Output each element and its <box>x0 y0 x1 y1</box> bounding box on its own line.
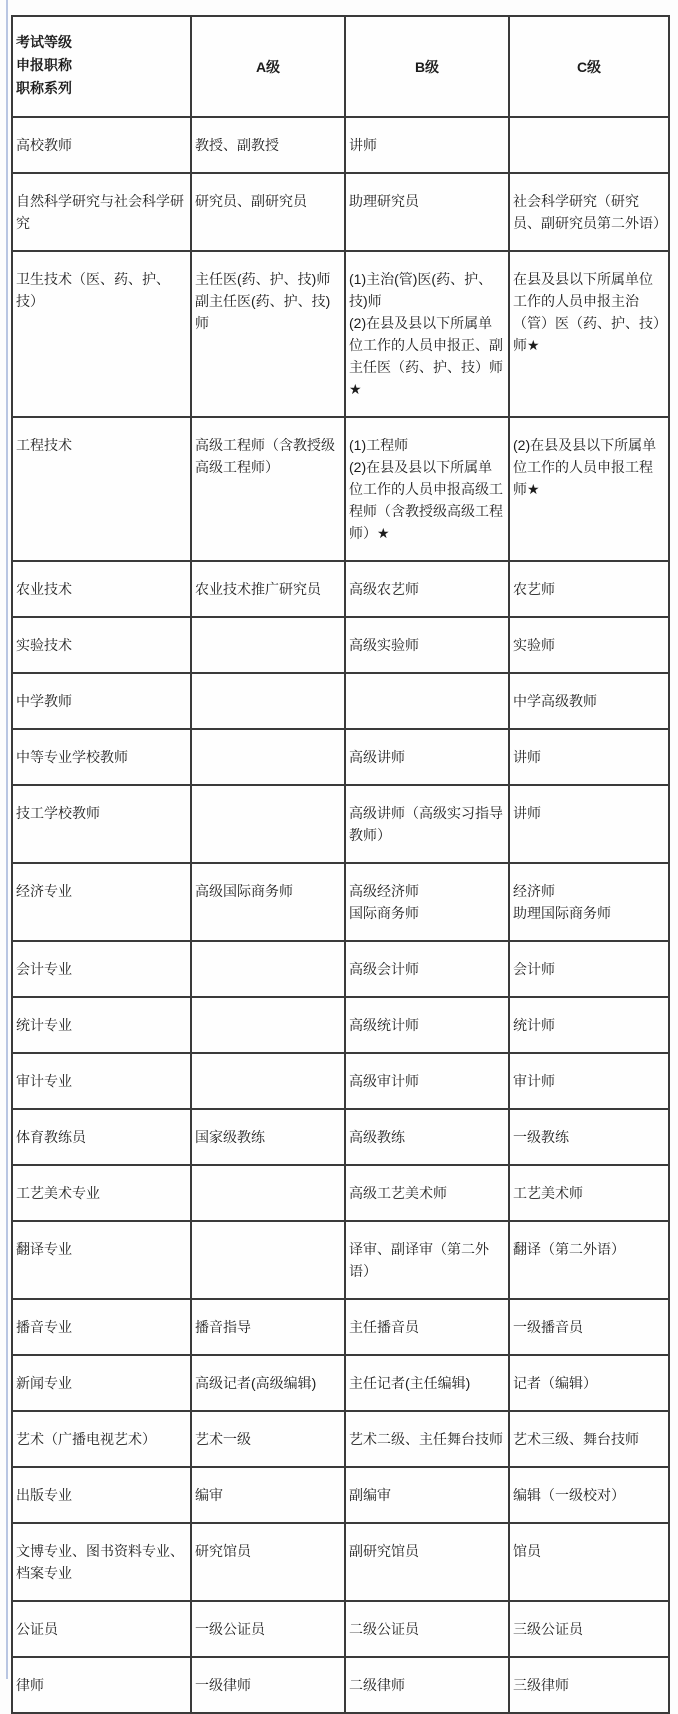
series-cell: 艺术（广播电视艺术） <box>12 1411 191 1467</box>
series-cell: 中等专业学校教师 <box>12 729 191 785</box>
c-level-cell: 审计师 <box>509 1053 669 1109</box>
table-row: 播音专业播音指导主任播音员一级播音员 <box>12 1299 669 1355</box>
table-body: 考试等级 申报职称 职称系列 A级 B级 C级 高校教师教授、副教授讲师自然科学… <box>12 16 669 1713</box>
c-level-cell: 一级播音员 <box>509 1299 669 1355</box>
c-level-cell: 农艺师 <box>509 561 669 617</box>
c-level-cell: 讲师 <box>509 785 669 863</box>
a-level-cell <box>191 997 345 1053</box>
b-level-cell: 讲师 <box>345 117 509 173</box>
series-cell: 实验技术 <box>12 617 191 673</box>
a-level-cell: 国家级教练 <box>191 1109 345 1165</box>
a-level-cell <box>191 1165 345 1221</box>
page-edge-line <box>6 0 8 1679</box>
header-corner-cell: 考试等级 申报职称 职称系列 <box>12 16 191 117</box>
b-level-cell: (1)主治(管)医(药、护、技)师 (2)在县及县以下所属单位工作的人员申报正、… <box>345 251 509 417</box>
c-level-cell: (2)在县及县以下所属单位工作的人员申报工程师★ <box>509 417 669 561</box>
header-col-a: A级 <box>191 16 345 117</box>
b-level-cell: 译审、副译审（第二外语） <box>345 1221 509 1299</box>
a-level-cell: 农业技术推广研究员 <box>191 561 345 617</box>
c-level-cell: 讲师 <box>509 729 669 785</box>
table-row: 统计专业高级统计师统计师 <box>12 997 669 1053</box>
b-level-cell: 高级经济师 国际商务师 <box>345 863 509 941</box>
c-level-cell: 馆员 <box>509 1523 669 1601</box>
c-level-cell: 实验师 <box>509 617 669 673</box>
table-row: 高校教师教授、副教授讲师 <box>12 117 669 173</box>
a-level-cell <box>191 729 345 785</box>
a-level-cell <box>191 941 345 997</box>
a-level-cell: 主任医(药、护、技)师 副主任医(药、护、技)师 <box>191 251 345 417</box>
a-level-cell: 播音指导 <box>191 1299 345 1355</box>
a-level-cell <box>191 673 345 729</box>
c-level-cell <box>509 117 669 173</box>
series-cell: 统计专业 <box>12 997 191 1053</box>
header-col-c: C级 <box>509 16 669 117</box>
a-level-cell: 一级公证员 <box>191 1601 345 1657</box>
b-level-cell: 主任播音员 <box>345 1299 509 1355</box>
c-level-cell: 统计师 <box>509 997 669 1053</box>
c-level-cell: 中学高级教师 <box>509 673 669 729</box>
table-row: 工艺美术专业高级工艺美术师工艺美术师 <box>12 1165 669 1221</box>
series-cell: 公证员 <box>12 1601 191 1657</box>
a-level-cell: 研究馆员 <box>191 1523 345 1601</box>
c-level-cell: 三级公证员 <box>509 1601 669 1657</box>
table-row: 实验技术高级实验师实验师 <box>12 617 669 673</box>
b-level-cell: 助理研究员 <box>345 173 509 251</box>
table-row: 律师一级律师二级律师三级律师 <box>12 1657 669 1713</box>
a-level-cell <box>191 1053 345 1109</box>
table-row: 出版专业编审副编审编辑（一级校对） <box>12 1467 669 1523</box>
c-level-cell: 三级律师 <box>509 1657 669 1713</box>
table-row: 公证员一级公证员二级公证员三级公证员 <box>12 1601 669 1657</box>
a-level-cell: 教授、副教授 <box>191 117 345 173</box>
b-level-cell: 高级教练 <box>345 1109 509 1165</box>
b-level-cell: 高级实验师 <box>345 617 509 673</box>
b-level-cell: 高级审计师 <box>345 1053 509 1109</box>
series-cell: 工艺美术专业 <box>12 1165 191 1221</box>
table-row: 艺术（广播电视艺术）艺术一级艺术二级、主任舞台技师艺术三级、舞台技师 <box>12 1411 669 1467</box>
series-cell: 工程技术 <box>12 417 191 561</box>
series-cell: 高校教师 <box>12 117 191 173</box>
series-cell: 农业技术 <box>12 561 191 617</box>
series-cell: 经济专业 <box>12 863 191 941</box>
series-cell: 文博专业、图书资料专业、档案专业 <box>12 1523 191 1601</box>
b-level-cell: 艺术二级、主任舞台技师 <box>345 1411 509 1467</box>
a-level-cell: 高级国际商务师 <box>191 863 345 941</box>
b-level-cell: 高级讲师 <box>345 729 509 785</box>
series-cell: 技工学校教师 <box>12 785 191 863</box>
table-row: 农业技术农业技术推广研究员高级农艺师农艺师 <box>12 561 669 617</box>
b-level-cell <box>345 673 509 729</box>
c-level-cell: 工艺美术师 <box>509 1165 669 1221</box>
b-level-cell: 副研究馆员 <box>345 1523 509 1601</box>
b-level-cell: 二级公证员 <box>345 1601 509 1657</box>
b-level-cell: 主任记者(主任编辑) <box>345 1355 509 1411</box>
table-row: 中等专业学校教师高级讲师讲师 <box>12 729 669 785</box>
table-row: 会计专业高级会计师会计师 <box>12 941 669 997</box>
series-cell: 新闻专业 <box>12 1355 191 1411</box>
table-row: 体育教练员国家级教练高级教练一级教练 <box>12 1109 669 1165</box>
table-row: 文博专业、图书资料专业、档案专业研究馆员副研究馆员馆员 <box>12 1523 669 1601</box>
b-level-cell: (1)工程师 (2)在县及县以下所属单位工作的人员申报高级工程师（含教授级高级工… <box>345 417 509 561</box>
series-cell: 出版专业 <box>12 1467 191 1523</box>
header-col-b: B级 <box>345 16 509 117</box>
table-header-row: 考试等级 申报职称 职称系列 A级 B级 C级 <box>12 16 669 117</box>
a-level-cell: 研究员、副研究员 <box>191 173 345 251</box>
c-level-cell: 艺术三级、舞台技师 <box>509 1411 669 1467</box>
a-level-cell: 一级律师 <box>191 1657 345 1713</box>
b-level-cell: 高级统计师 <box>345 997 509 1053</box>
a-level-cell: 艺术一级 <box>191 1411 345 1467</box>
series-cell: 卫生技术（医、药、护、技） <box>12 251 191 417</box>
c-level-cell: 经济师 助理国际商务师 <box>509 863 669 941</box>
c-level-cell: 在县及县以下所属单位工作的人员申报主治（管）医（药、护、技）师★ <box>509 251 669 417</box>
series-cell: 翻译专业 <box>12 1221 191 1299</box>
series-cell: 播音专业 <box>12 1299 191 1355</box>
a-level-cell: 编审 <box>191 1467 345 1523</box>
b-level-cell: 高级会计师 <box>345 941 509 997</box>
series-cell: 审计专业 <box>12 1053 191 1109</box>
c-level-cell: 翻译（第二外语） <box>509 1221 669 1299</box>
table-row: 中学教师中学高级教师 <box>12 673 669 729</box>
exam-grade-title-table: 考试等级 申报职称 职称系列 A级 B级 C级 高校教师教授、副教授讲师自然科学… <box>11 15 670 1714</box>
b-level-cell: 二级律师 <box>345 1657 509 1713</box>
table-row: 审计专业高级审计师审计师 <box>12 1053 669 1109</box>
table-row: 工程技术高级工程师（含教授级高级工程师）(1)工程师 (2)在县及县以下所属单位… <box>12 417 669 561</box>
b-level-cell: 副编审 <box>345 1467 509 1523</box>
a-level-cell <box>191 617 345 673</box>
b-level-cell: 高级工艺美术师 <box>345 1165 509 1221</box>
c-level-cell: 编辑（一级校对） <box>509 1467 669 1523</box>
c-level-cell: 记者（编辑） <box>509 1355 669 1411</box>
table-row: 经济专业高级国际商务师高级经济师 国际商务师经济师 助理国际商务师 <box>12 863 669 941</box>
table-row: 技工学校教师高级讲师（高级实习指导教师）讲师 <box>12 785 669 863</box>
b-level-cell: 高级讲师（高级实习指导教师） <box>345 785 509 863</box>
series-cell: 自然科学研究与社会科学研究 <box>12 173 191 251</box>
series-cell: 律师 <box>12 1657 191 1713</box>
table-row: 自然科学研究与社会科学研究研究员、副研究员助理研究员社会科学研究（研究员、副研究… <box>12 173 669 251</box>
c-level-cell: 会计师 <box>509 941 669 997</box>
c-level-cell: 社会科学研究（研究员、副研究员第二外语） <box>509 173 669 251</box>
table-row: 新闻专业高级记者(高级编辑)主任记者(主任编辑)记者（编辑） <box>12 1355 669 1411</box>
a-level-cell: 高级记者(高级编辑) <box>191 1355 345 1411</box>
a-level-cell: 高级工程师（含教授级高级工程师） <box>191 417 345 561</box>
series-cell: 体育教练员 <box>12 1109 191 1165</box>
c-level-cell: 一级教练 <box>509 1109 669 1165</box>
b-level-cell: 高级农艺师 <box>345 561 509 617</box>
a-level-cell <box>191 1221 345 1299</box>
table-row: 翻译专业译审、副译审（第二外语）翻译（第二外语） <box>12 1221 669 1299</box>
series-cell: 会计专业 <box>12 941 191 997</box>
a-level-cell <box>191 785 345 863</box>
series-cell: 中学教师 <box>12 673 191 729</box>
table-row: 卫生技术（医、药、护、技）主任医(药、护、技)师 副主任医(药、护、技)师(1)… <box>12 251 669 417</box>
